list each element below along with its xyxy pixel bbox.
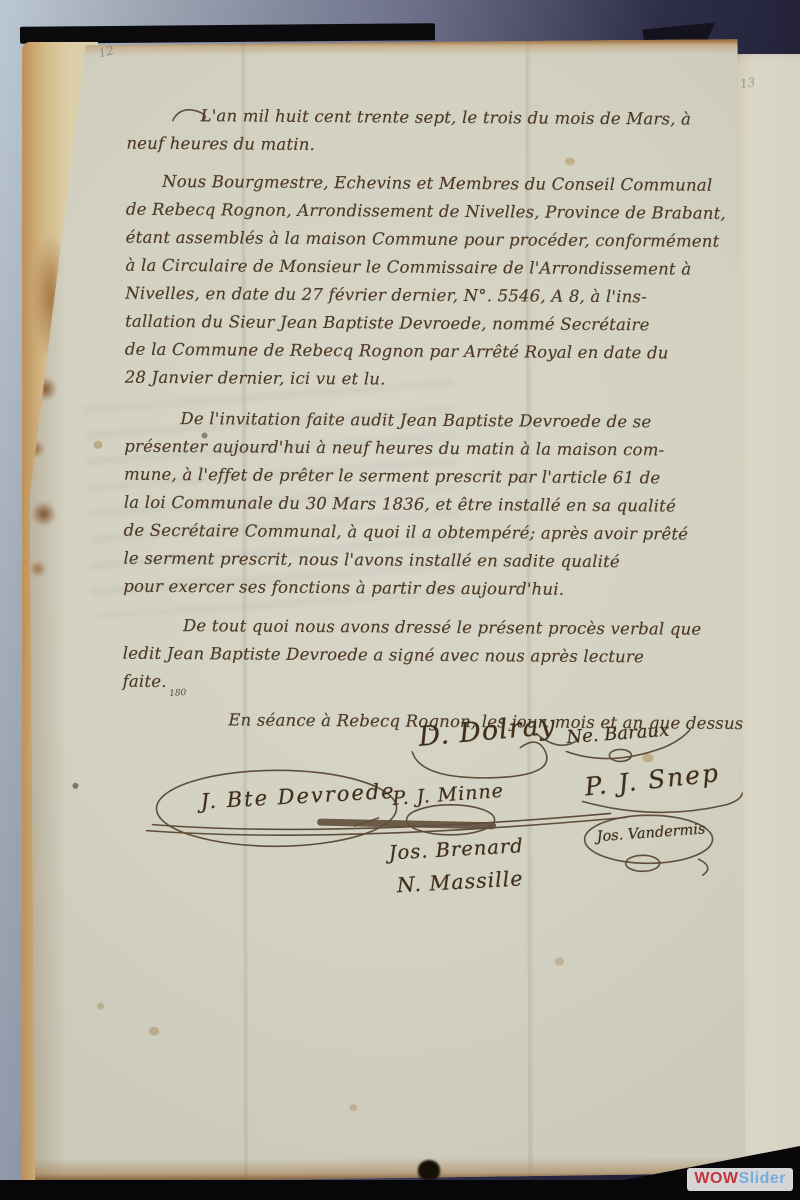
manuscript-text: L'an mil huit cent trente sept, le trois… — [122, 102, 732, 738]
page-edge-burn — [418, 1160, 440, 1180]
manuscript-line: mune, à l'effet de prêter le serment pre… — [124, 461, 730, 493]
manuscript-line: de Rebecq Rognon, Arrondissement de Nive… — [126, 196, 732, 228]
manuscript-line: neuf heures du matin. — [126, 130, 732, 162]
manuscript-line: Nivelles, en date du 27 février dernier,… — [125, 280, 731, 312]
manuscript-page: 12 L'an m — [29, 39, 746, 1183]
manuscript-line: à la Circulaire de Monsieur le Commissai… — [125, 252, 731, 284]
table-edge — [0, 1180, 800, 1200]
book-cover-edge — [20, 23, 435, 44]
manuscript-line: de la Commune de Rebecq Rognon par Arrêt… — [125, 336, 731, 368]
manuscript-line: présenter aujourd'hui à neuf heures du m… — [124, 433, 730, 465]
manuscript-line: L'an mil huit cent trente sept, le trois… — [126, 102, 732, 134]
watermark[interactable]: WOWSlider — [687, 1168, 793, 1191]
manuscript-line: étant assemblés à la maison Commune pour… — [126, 224, 732, 256]
manuscript-line: De l'invitation faite audit Jean Baptist… — [124, 405, 730, 437]
manuscript-line: le serment prescrit, nous l'avons instal… — [123, 545, 729, 577]
manuscript-line: pour exercer ses fonctions à partir des … — [123, 573, 729, 605]
manuscript-line: ledit Jean Baptiste Devroede a signé ave… — [123, 640, 729, 672]
manuscript-line: la loi Communale du 30 Mars 1836, et êtr… — [124, 489, 730, 521]
folio-number-right: 13 — [739, 75, 756, 91]
watermark-brand-secondary: Slider — [739, 1170, 786, 1187]
manuscript-line: 28 Janvier dernier, ici vu et lu. — [125, 364, 731, 396]
manuscript-line: Nous Bourgmestre, Echevins et Membres du… — [126, 168, 732, 200]
watermark-brand-primary: WOW — [694, 1170, 738, 1187]
manuscript-line: de Secrétaire Communal, à quoi il a obte… — [124, 517, 730, 549]
margin-mark: 180 — [169, 688, 187, 699]
manuscript-line: tallation du Sieur Jean Baptiste Devroed… — [125, 308, 731, 340]
photo-background: 13 12 — [0, 0, 800, 1200]
manuscript-line: De tout quoi nous avons dressé le présen… — [123, 612, 729, 644]
manuscript-line: faite. — [123, 668, 729, 700]
